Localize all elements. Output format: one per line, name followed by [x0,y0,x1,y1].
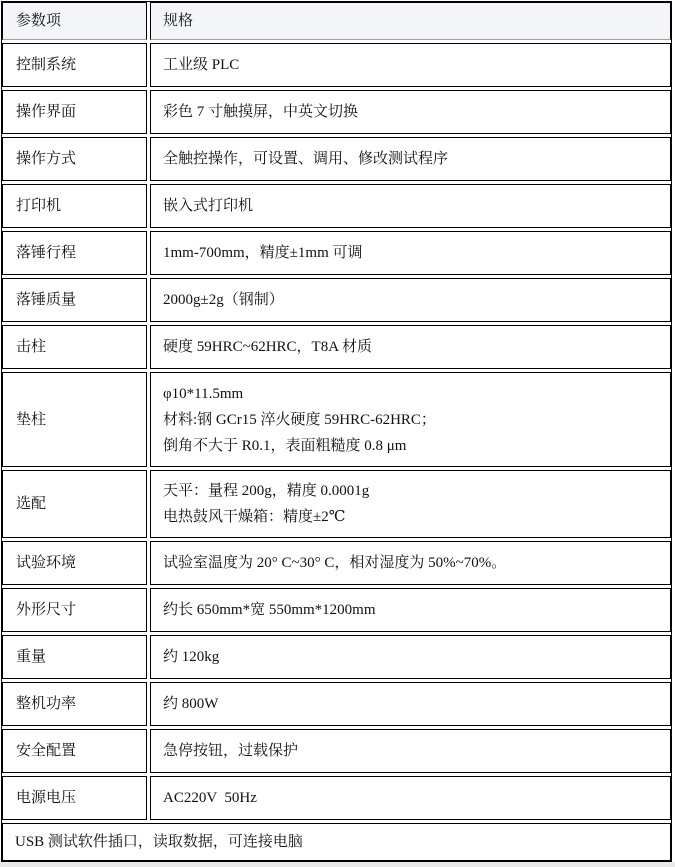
spec-cell-dimensions: 约长 650mm*宽 550mm*1200mm [150,588,671,632]
spec-table: 参数项 规格 控制系统 工业级 PLC 操作界面 彩色 7 寸触摸屏，中英文切换… [1,1,672,862]
param-label: 打印机 [16,193,146,219]
param-cell-anvil: 垫柱 [2,372,147,467]
param-cell-hammer-mass: 落锤质量 [2,278,147,322]
spec-text: AC220V 50Hz [163,785,670,811]
param-label: 落锤质量 [16,287,146,313]
param-cell-hammer-stroke: 落锤行程 [2,231,147,275]
param-label: 外形尺寸 [16,597,146,623]
param-cell-striker: 击柱 [2,325,147,369]
spec-text: 2000g±2g（钢制） [163,287,670,313]
param-label: 整机功率 [16,691,146,717]
spec-text: 1mm-700mm，精度±1mm 可调 [163,240,670,266]
header-cell-spec: 规格 [150,2,671,40]
param-cell-control-system: 控制系统 [2,43,147,87]
spec-text: 约 800W [163,691,670,717]
spec-cell-striker: 硬度 59HRC~62HRC，T8A 材质 [150,325,671,369]
param-label: 电源电压 [16,785,146,811]
param-cell-optional: 选配 [2,470,147,538]
param-label: 击柱 [16,334,146,360]
spec-cell-total-power: 约 800W [150,682,671,726]
param-label: 落锤行程 [16,240,146,266]
spec-text-line2: 材料:钢 GCr15 淬火硬度 59HRC-62HRC； [163,407,670,433]
spec-cell-printer: 嵌入式打印机 [150,184,671,228]
header-label-spec: 规格 [163,8,670,34]
spec-cell-operation-interface: 彩色 7 寸触摸屏，中英文切换 [150,90,671,134]
page-bottom-strip [0,862,675,867]
spec-text: 约长 650mm*宽 550mm*1200mm [163,597,670,623]
param-label: 垫柱 [16,407,146,433]
spec-text-line2: 电热鼓风干燥箱：精度±2℃ [163,504,670,530]
param-cell-safety-config: 安全配置 [2,729,147,773]
spec-sheet-page: 参数项 规格 控制系统 工业级 PLC 操作界面 彩色 7 寸触摸屏，中英文切换… [0,0,675,867]
spec-cell-test-environment: 试验室温度为 20° C~30° C，相对湿度为 50%~70%。 [150,541,671,585]
spec-text: 工业级 PLC [163,52,670,78]
spec-cell-control-system: 工业级 PLC [150,43,671,87]
spec-text-line1: φ10*11.5mm [163,381,670,407]
usb-footer-cell: USB 测试软件插口，读取数据，可连接电脑 [2,823,671,861]
spec-cell-optional: 天平：量程 200g，精度 0.0001g 电热鼓风干燥箱：精度±2℃ [150,470,671,538]
spec-cell-safety-config: 急停按钮，过载保护 [150,729,671,773]
param-cell-operation-interface: 操作界面 [2,90,147,134]
usb-footer-text: USB 测试软件插口，读取数据，可连接电脑 [15,829,670,855]
spec-cell-power-supply: AC220V 50Hz [150,776,671,820]
param-cell-total-power: 整机功率 [2,682,147,726]
spec-text: 硬度 59HRC~62HRC，T8A 材质 [163,334,670,360]
spec-text: 约 120kg [163,644,670,670]
spec-text: 试验室温度为 20° C~30° C，相对湿度为 50%~70%。 [163,550,670,576]
param-cell-operation-mode: 操作方式 [2,137,147,181]
spec-cell-hammer-stroke: 1mm-700mm，精度±1mm 可调 [150,231,671,275]
param-cell-dimensions: 外形尺寸 [2,588,147,632]
spec-text: 嵌入式打印机 [163,193,670,219]
param-label: 控制系统 [16,52,146,78]
spec-text-line3: 倒角不大于 R0.1，表面粗糙度 0.8 μm [163,433,670,459]
param-label: 操作方式 [16,146,146,172]
param-label: 安全配置 [16,738,146,764]
param-label: 试验环境 [16,550,146,576]
spec-cell-hammer-mass: 2000g±2g（钢制） [150,278,671,322]
spec-cell-weight: 约 120kg [150,635,671,679]
param-cell-power-supply: 电源电压 [2,776,147,820]
param-label: 重量 [16,644,146,670]
param-cell-weight: 重量 [2,635,147,679]
spec-cell-operation-mode: 全触控操作，可设置、调用、修改测试程序 [150,137,671,181]
spec-text: 全触控操作，可设置、调用、修改测试程序 [163,146,670,172]
param-cell-test-environment: 试验环境 [2,541,147,585]
spec-text-line1: 天平：量程 200g，精度 0.0001g [163,478,670,504]
param-cell-printer: 打印机 [2,184,147,228]
param-label: 选配 [16,491,146,517]
spec-text: 彩色 7 寸触摸屏，中英文切换 [163,99,670,125]
header-label-param: 参数项 [16,8,146,34]
header-cell-param: 参数项 [2,2,147,40]
param-label: 操作界面 [16,99,146,125]
spec-text: 急停按钮，过载保护 [163,738,670,764]
spec-cell-anvil: φ10*11.5mm 材料:钢 GCr15 淬火硬度 59HRC-62HRC； … [150,372,671,467]
